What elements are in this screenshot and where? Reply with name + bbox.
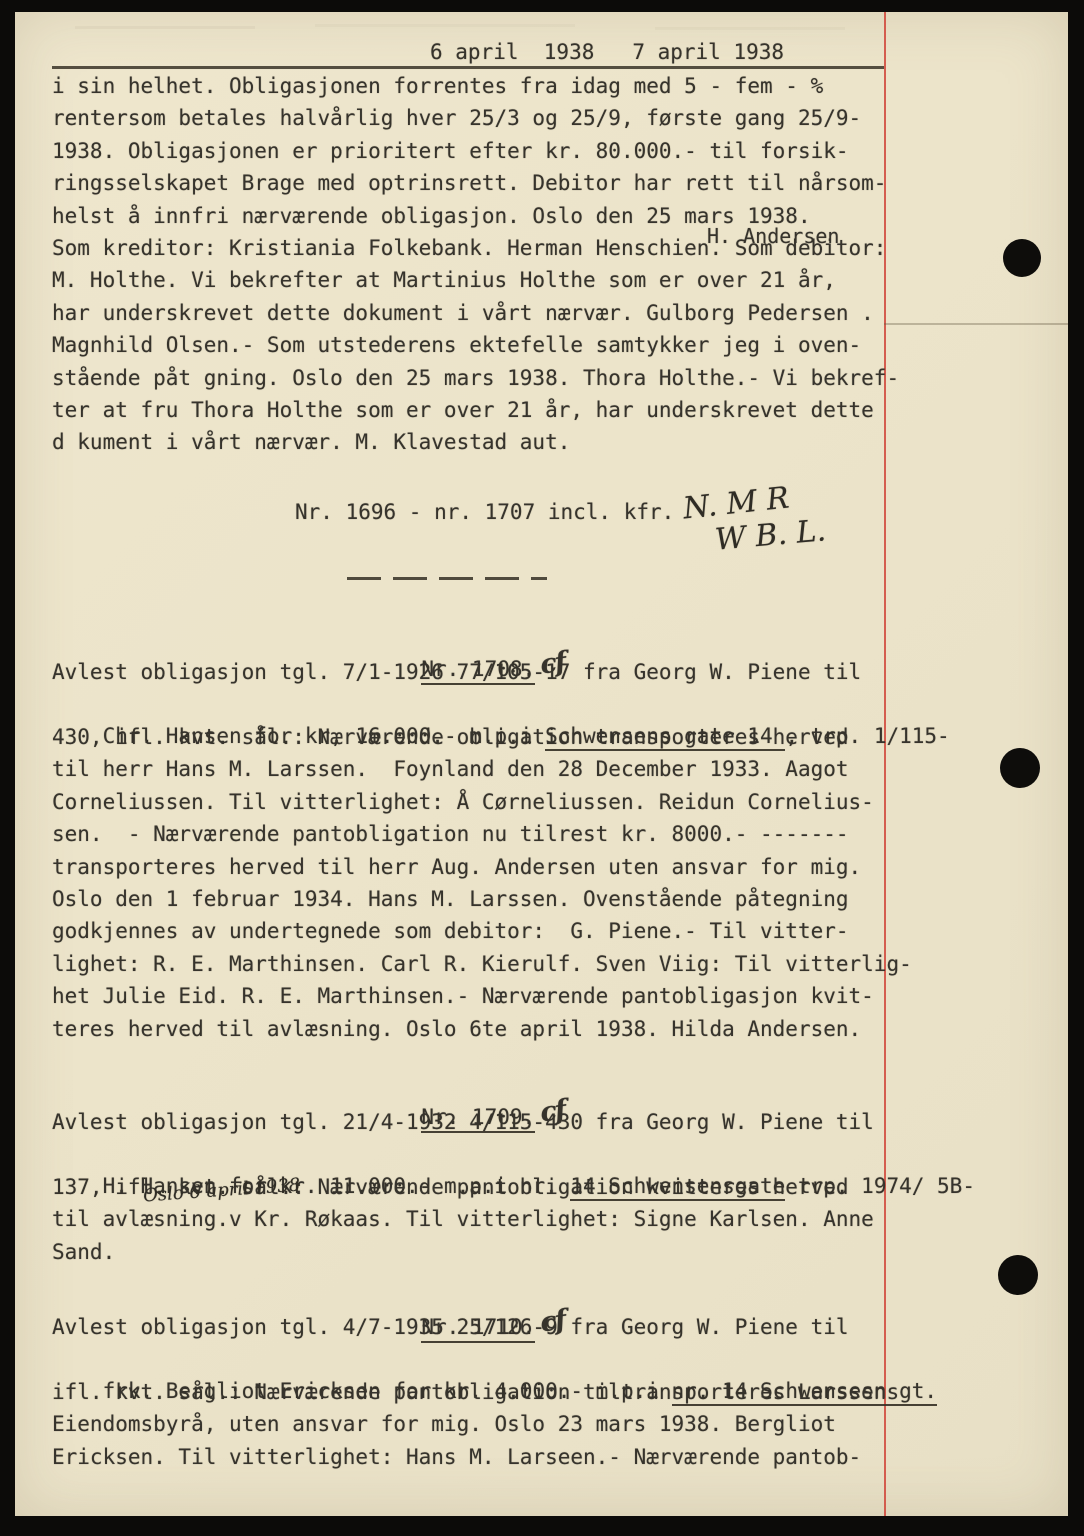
entry-continuation-paragraph: i sin helhet. Obligasjonen forrentes fra… bbox=[52, 70, 899, 459]
page-header: 6 april 1938 7 april 1938 bbox=[52, 38, 884, 69]
margin-rule bbox=[884, 323, 1068, 325]
punch-hole bbox=[1000, 748, 1040, 788]
section-1709-line1: Avlest obligasjon tgl. 21/4-1932 4/115-4… bbox=[52, 1106, 874, 1138]
summary-line: Nr. 1696 - nr. 1707 incl. kfr. bbox=[295, 496, 674, 528]
section-1708-line1: Avlest obligasjon tgl. 7/1-1926 77/105-1… bbox=[52, 656, 861, 688]
bleedthrough-dash bbox=[655, 27, 845, 30]
punch-hole bbox=[998, 1255, 1038, 1295]
section-1710-body: ifl. kvt. sål.: Nærværende pantobligatio… bbox=[52, 1376, 899, 1473]
scanned-register-page: { "page": { "paper_color": "#ece4cb", "i… bbox=[0, 0, 1084, 1536]
section-1708-body: 430, ifl. kvt. sål.: Nærværende obligati… bbox=[52, 721, 912, 1045]
bleedthrough-dash bbox=[75, 26, 255, 29]
header-dates: 6 april 1938 7 april 1938 bbox=[430, 40, 784, 64]
superscript-signature: H. Andersen bbox=[707, 224, 839, 248]
header-date-left: 6 april 1938 bbox=[430, 40, 594, 64]
section-divider bbox=[347, 577, 547, 580]
bleedthrough-dash bbox=[315, 24, 575, 27]
header-date-right: 7 april 1938 bbox=[632, 40, 784, 64]
punch-hole bbox=[1003, 239, 1041, 277]
section-1710-line1: Avlest obligasjon tgl. 4/7-1935 25/126-9… bbox=[52, 1311, 849, 1343]
paper-sheet: 6 april 1938 7 april 1938 i sin helhet. … bbox=[15, 12, 1068, 1516]
header-date-gap bbox=[594, 40, 632, 64]
